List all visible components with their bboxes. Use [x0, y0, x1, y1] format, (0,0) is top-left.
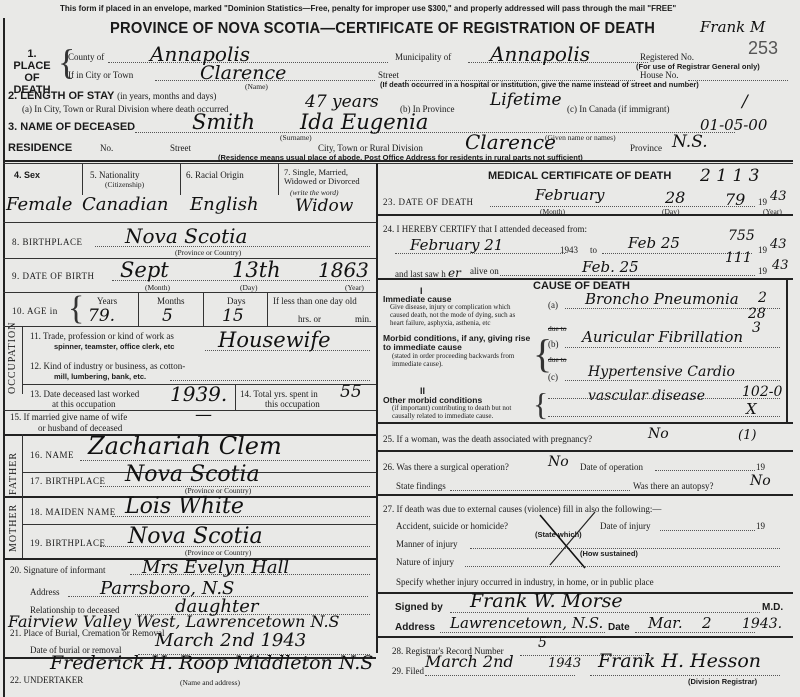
- age-months: 5: [162, 306, 173, 326]
- cause-b: Auricular Fibrillation: [582, 328, 743, 346]
- house-no-label: House No.: [640, 70, 679, 80]
- due-to-2: due to: [548, 355, 567, 364]
- alive-year: 43: [772, 258, 789, 273]
- attended-to: Feb 25: [628, 234, 680, 252]
- mother-birthplace-label: 19. BIRTHPLACE: [30, 538, 105, 548]
- cause-c-label: (c): [548, 372, 558, 382]
- signature-date-label: Date: [608, 622, 630, 633]
- dod-day: 28: [665, 188, 685, 207]
- record-number: 5: [538, 635, 547, 651]
- pregnancy-code: (1): [738, 428, 756, 443]
- filed-date: March 2nd: [425, 652, 514, 671]
- cause-a-code: 2: [758, 290, 767, 306]
- residence-city: Clarence: [465, 130, 556, 154]
- name-caption: (Name): [245, 82, 268, 91]
- dob-year-caption: (Year): [345, 283, 364, 292]
- dod-code: 79: [725, 190, 745, 209]
- total-years-label: 14. Total yrs. spent in: [240, 389, 318, 399]
- trade-label: 11. Trade, profession or kind of work as: [30, 331, 174, 341]
- nationality-label: 5. Nationality: [90, 170, 140, 180]
- external-label: 27. If death was due to external causes …: [383, 504, 661, 514]
- immediate-desc: Give disease, injury or complication whi…: [390, 303, 530, 327]
- mother-birthplace: Nova Scotia: [128, 524, 263, 549]
- medical-code: 2 1 1 3: [700, 166, 759, 186]
- dod-year-prefix: 19: [758, 197, 767, 207]
- mother-birthplace-caption: (Province or Country): [185, 548, 251, 557]
- cause-a-label: (a): [548, 300, 558, 310]
- filed-year: 1943: [548, 656, 581, 671]
- manner-label: Manner of injury: [396, 539, 457, 549]
- birthplace-caption: (Province or Country): [175, 248, 241, 257]
- surgery-label: 26. Was there a surgical operation?: [383, 462, 509, 472]
- pregnancy-value: No: [648, 426, 669, 442]
- registrar-caption: (Division Registrar): [688, 677, 757, 686]
- findings-label: State findings: [396, 481, 446, 491]
- age-label: 10. AGE in: [12, 306, 58, 316]
- attended-to-label: to: [590, 245, 597, 255]
- attended-to-year-prefix: 19: [758, 245, 767, 255]
- cause-c: Hypertensive Cardio vascular disease: [588, 360, 768, 408]
- dob-year: 1863: [318, 258, 369, 282]
- attended-from: February 21: [410, 236, 503, 254]
- stay-canada-value: /: [742, 92, 748, 112]
- marital-value: Widow: [295, 196, 353, 216]
- injury-year: 19: [756, 521, 765, 531]
- death-certificate: This form if placed in an envelope, mark…: [0, 0, 800, 697]
- alive-on-label: alive on: [470, 266, 499, 276]
- signature-date-month: Mar.: [648, 614, 683, 632]
- last-worked-value: 1939.: [170, 382, 227, 406]
- signature-date-day: 2: [702, 614, 712, 632]
- alive-on-value: Feb. 25: [582, 258, 639, 276]
- industry-sub: mill, lumbering, bank, etc.: [54, 372, 146, 381]
- deceased-name-label: 3. NAME OF DECEASED: [8, 121, 135, 133]
- other-morbid-desc: (if important) contributing to death but…: [392, 404, 532, 420]
- left-border: [3, 18, 5, 697]
- street-label: Street: [378, 70, 399, 80]
- age-hrs-label: hrs. or: [298, 314, 321, 324]
- birthplace-label: 8. BIRTHPLACE: [12, 237, 82, 247]
- dob-label: 9. DATE OF BIRTH: [12, 271, 94, 281]
- city-value: Clarence: [200, 62, 286, 84]
- age-years-label: Years: [97, 296, 117, 306]
- age-months-label: Months: [157, 296, 185, 306]
- age-min-label: min.: [355, 314, 371, 324]
- undertaker-label: 22. UNDERTAKER: [10, 675, 83, 685]
- trade-value: Housewife: [218, 328, 331, 352]
- medical-title: MEDICAL CERTIFICATE OF DEATH: [488, 170, 671, 182]
- undertaker-value: Frederick H. Roop Middleton N.S: [50, 652, 373, 674]
- alive-year-prefix: 19: [758, 266, 767, 276]
- informant-address-label: Address: [30, 587, 60, 597]
- strikethrough-x-mark: [530, 510, 600, 570]
- registered-number: 253: [748, 38, 778, 59]
- municipality-label: Municipality of: [395, 52, 451, 62]
- filed-label: 29. Filed: [392, 666, 424, 676]
- signature-address-label: Address: [395, 622, 435, 633]
- city-label: If in City or Town: [68, 70, 133, 80]
- total-years-sub: this occupation: [265, 399, 320, 409]
- op-year: 19: [756, 462, 765, 472]
- morbid-desc: (stated in order proceeding backwards fr…: [392, 352, 530, 368]
- nationality-sub: (Citizenship): [105, 180, 144, 189]
- industry-label: 12. Kind of industry or business, as cot…: [30, 361, 185, 371]
- residence-city-label: City, Town or Rural Division: [318, 143, 423, 153]
- deceased-given-names: Ida Eugenia: [300, 110, 428, 134]
- father-birthplace-label: 17. BIRTHPLACE: [30, 476, 105, 486]
- specify-label: Specify whether injury occurred in indus…: [396, 577, 654, 587]
- residence-note: (Residence means usual place of abode. P…: [218, 153, 583, 162]
- informant-name: Mrs Evelyn Hall: [142, 557, 289, 578]
- hospital-note: (If death occurred in a hospital or inst…: [380, 80, 699, 89]
- autopsy-label: Was there an autopsy?: [633, 481, 714, 491]
- dob-day: 13th: [232, 258, 281, 282]
- deceased-code: 01-05-00: [700, 116, 767, 134]
- surname-caption: (Surname): [280, 133, 312, 142]
- cause-b-label: (b): [548, 339, 559, 349]
- dod-label: 23. DATE OF DEATH: [383, 197, 474, 207]
- stay-city-value: 47 years: [305, 92, 379, 112]
- trade-sub: spinner, teamster, office clerk, etc: [54, 342, 174, 351]
- county-label: County of: [68, 52, 104, 62]
- registered-no-label: Registered No.: [640, 52, 694, 62]
- occupation-side-label: OCCUPATION: [7, 328, 18, 394]
- residence-label: RESIDENCE: [8, 142, 72, 154]
- dod-year: 43: [770, 189, 787, 204]
- spouse-value: —: [195, 405, 212, 425]
- father-name-label: 16. NAME: [30, 450, 74, 460]
- corner-signature: Frank M: [700, 18, 765, 36]
- age-less-label: If less than one day old: [273, 296, 357, 306]
- nature-label: Nature of injury: [396, 557, 454, 567]
- dob-day-caption: (Day): [240, 283, 258, 292]
- father-birthplace: Nova Scotia: [125, 462, 260, 487]
- signed-by-value: Frank W. Morse: [470, 590, 623, 612]
- certificate-title: PROVINCE OF NOVA SCOTIA—CERTIFICATE OF R…: [110, 20, 655, 38]
- last-worked-sub: at this occupation: [52, 399, 115, 409]
- sex-value: Female: [6, 194, 72, 215]
- morbid-label: Morbid conditions, if any, giving rise t…: [383, 334, 531, 352]
- autopsy-value: No: [750, 473, 771, 489]
- attended-to-code: 755: [728, 228, 755, 244]
- column-divider: [376, 163, 378, 653]
- cause-a: Broncho Pneumonia: [585, 290, 739, 308]
- residence-province-label: Province: [630, 143, 662, 153]
- length-of-stay-label: 2. LENGTH OF STAY (in years, months and …: [8, 90, 216, 102]
- mother-maiden: Lois White: [125, 494, 244, 519]
- registrar-signature: Frank H. Hesson: [598, 650, 761, 672]
- injury-date-label: Date of injury: [600, 521, 650, 531]
- alive-code: 111: [725, 250, 752, 266]
- pregnancy-label: 25. If a woman, was the death associated…: [383, 434, 592, 444]
- mother-maiden-label: 18. MAIDEN NAME: [30, 507, 116, 517]
- age-days: 15: [222, 306, 244, 326]
- spouse-label: 15. If married give name of wife: [10, 412, 127, 422]
- total-years-value: 55: [340, 382, 362, 402]
- surgery-value: No: [548, 454, 569, 470]
- marital-label: 7. Single, Married, Widowed or Divorced: [284, 168, 376, 186]
- informant-label: 20. Signature of informant: [10, 565, 105, 575]
- accident-label: Accident, suicide or homicide?: [396, 521, 508, 531]
- other-mark: X: [746, 400, 757, 418]
- dob-month-caption: (Month): [145, 283, 170, 292]
- residence-province: N.S.: [672, 132, 708, 152]
- op-date-label: Date of operation: [580, 462, 643, 472]
- age-days-label: Days: [227, 296, 246, 306]
- burial-place-label: 21. Place of Burial, Cremation or Remova…: [10, 628, 164, 638]
- municipality-value: Annapolis: [490, 42, 590, 66]
- racial-value: English: [190, 194, 259, 215]
- dob-month: Sept: [120, 258, 169, 282]
- place-of-death-label: 1. PLACE OF DEATH: [8, 48, 56, 96]
- stay-canada-label: (c) In Canada (if immigrant): [567, 104, 669, 114]
- residence-no-label: No.: [100, 143, 113, 153]
- attended-from-year: 1943: [560, 245, 578, 255]
- cause-b-code: 3: [752, 320, 761, 336]
- md-label: M.D.: [762, 602, 783, 613]
- nationality-value: Canadian: [82, 194, 168, 215]
- last-worked-label: 13. Date deceased last worked: [30, 389, 139, 399]
- racial-label: 6. Racial Origin: [186, 170, 244, 180]
- residence-street-label: Street: [170, 143, 191, 153]
- age-years: 79.: [88, 306, 115, 326]
- signed-by-label: Signed by: [395, 602, 443, 613]
- attended-to-year: 43: [770, 237, 787, 252]
- mother-side-label: MOTHER: [8, 500, 19, 556]
- stay-province-value: Lifetime: [490, 90, 562, 110]
- certify-label: 24. I HEREBY CERTIFY that I attended dec…: [383, 224, 587, 234]
- signature-date-year: 1943.: [742, 616, 782, 632]
- undertaker-caption: (Name and address): [180, 678, 240, 687]
- section-divider-2: [3, 163, 793, 164]
- mail-notice: This form if placed in an envelope, mark…: [60, 4, 676, 13]
- deceased-surname: Smith: [192, 110, 255, 134]
- burial-date: March 2nd 1943: [155, 630, 306, 651]
- father-name: Zachariah Clem: [88, 432, 282, 460]
- dod-month: February: [535, 186, 605, 204]
- birthplace-value: Nova Scotia: [125, 224, 247, 248]
- sex-label: 4. Sex: [14, 170, 40, 180]
- signature-address: Lawrencetown, N.S.: [450, 614, 603, 632]
